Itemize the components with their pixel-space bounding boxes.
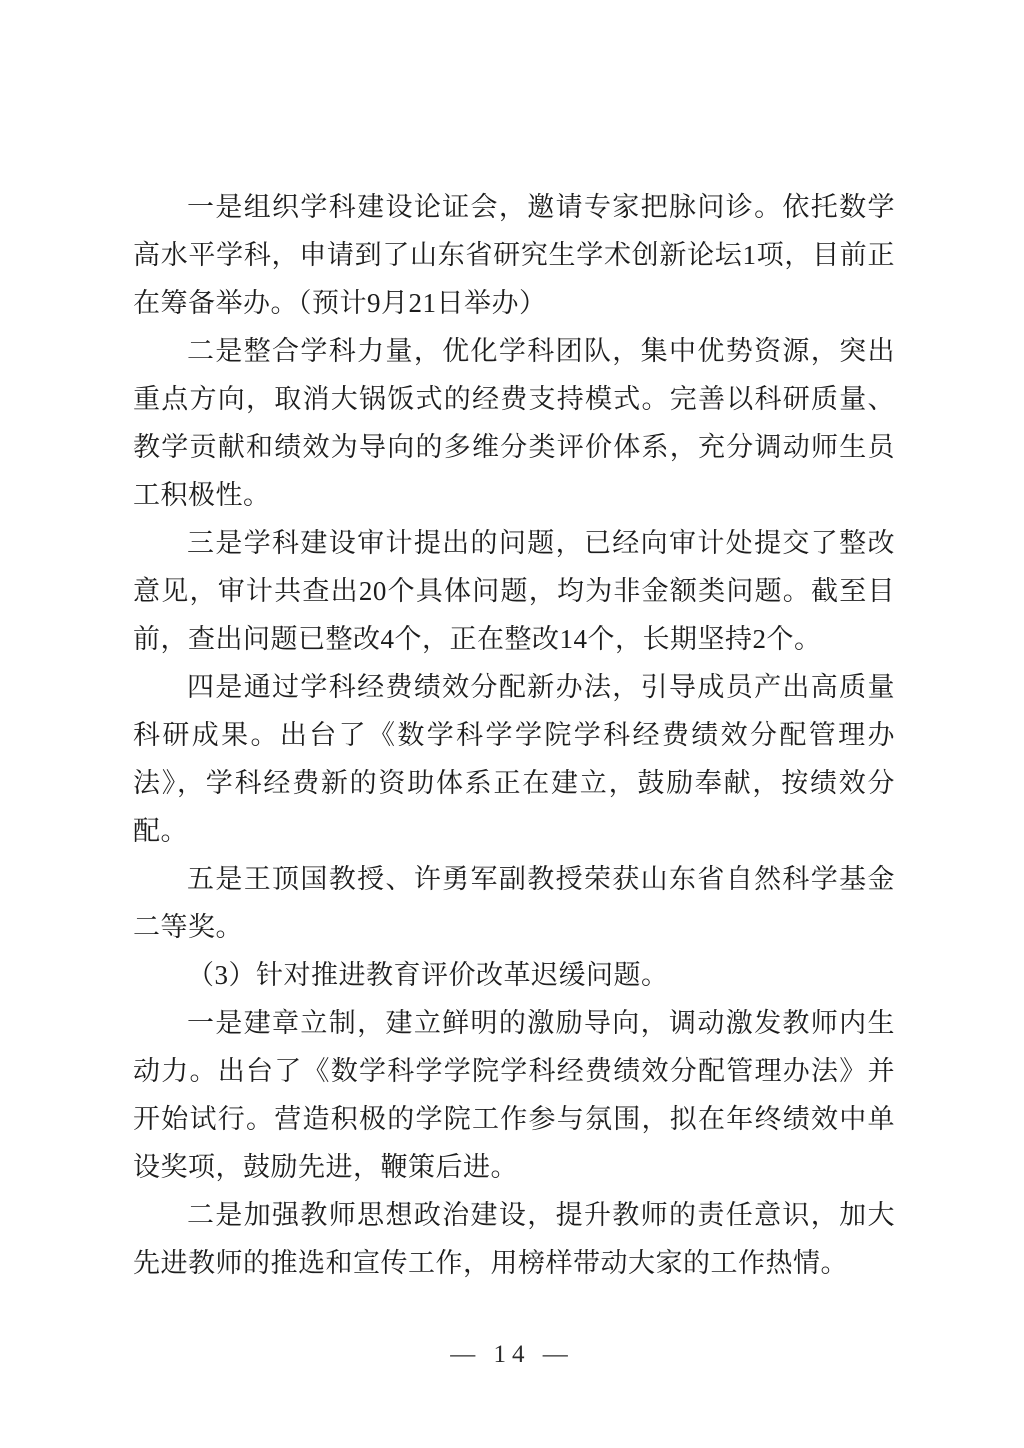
paragraph-point-2-sub: 二是加强教师思想政治建设，提升教师的责任意识，加大先进教师的推选和宣传工作，用榜…	[133, 1191, 895, 1287]
document-body: 一是组织学科建设论证会，邀请专家把脉问诊。依托数学高水平学科，申请到了山东省研究…	[133, 183, 895, 1287]
paragraph-point-4: 四是通过学科经费绩效分配新办法，引导成员产出高质量科研成果。出台了《数学科学学院…	[133, 663, 895, 855]
paragraph-point-2: 二是整合学科力量，优化学科团队，集中优势资源，突出重点方向，取消大锅饭式的经费支…	[133, 327, 895, 519]
page-number: — 14 —	[0, 1340, 1024, 1370]
document-page: 一是组织学科建设论证会，邀请专家把脉问诊。依托数学高水平学科，申请到了山东省研究…	[0, 0, 1024, 1448]
section-heading-3: （3）针对推进教育评价改革迟缓问题。	[133, 951, 895, 999]
paragraph-point-1-sub: 一是建章立制，建立鲜明的激励导向，调动激发教师内生动力。出台了《数学科学学院学科…	[133, 999, 895, 1191]
paragraph-point-1: 一是组织学科建设论证会，邀请专家把脉问诊。依托数学高水平学科，申请到了山东省研究…	[133, 183, 895, 327]
paragraph-point-3: 三是学科建设审计提出的问题，已经向审计处提交了整改意见，审计共查出20个具体问题…	[133, 519, 895, 663]
paragraph-point-5: 五是王顶国教授、许勇军副教授荣获山东省自然科学基金二等奖。	[133, 855, 895, 951]
